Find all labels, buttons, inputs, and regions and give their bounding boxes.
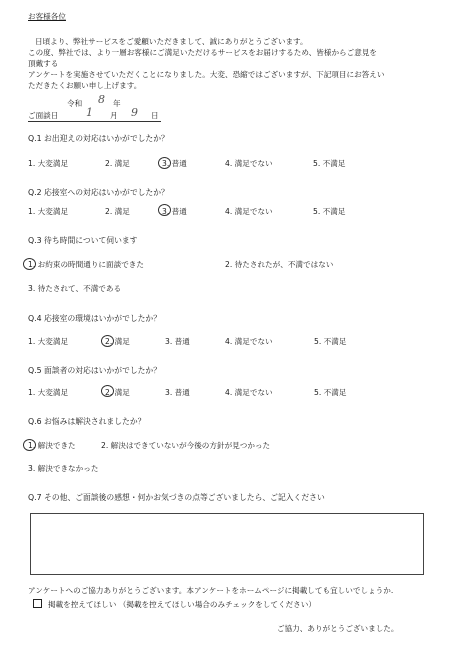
q2-option-5[interactable]: 5. 不満足 (313, 207, 345, 217)
q1-option-5[interactable]: 5. 不満足 (313, 159, 345, 169)
date-label: ご面談日 (28, 111, 58, 121)
q3-option-3[interactable]: 3. 待たされて、不満である (28, 284, 121, 294)
consent-text: アンケートへのご協力ありがとうございます。本アンケートをホームページに掲載しても… (28, 586, 393, 596)
no-publish-checkbox[interactable] (33, 599, 42, 608)
day-value[interactable]: 9 (131, 106, 138, 119)
month-value[interactable]: 1 (86, 106, 93, 119)
q2-option-4[interactable]: 4. 満足でない (225, 207, 273, 217)
q6-selection-circle (23, 439, 36, 451)
year-value[interactable]: 8 (98, 93, 105, 106)
q4-option-3[interactable]: 3. 普通 (165, 337, 190, 347)
q1-option-4[interactable]: 4. 満足でない (225, 159, 273, 169)
q4-selection-circle (101, 335, 114, 347)
q1-option-2[interactable]: 2. 満足 (105, 159, 130, 169)
intro-line-2: この度、弊社では、より一層お客様にご満足いただけるサービスをお届けするため、皆様… (28, 48, 377, 58)
q6-option-3[interactable]: 3. 解決できなかった (28, 464, 98, 474)
comments-box[interactable] (30, 513, 424, 575)
q5-option-1[interactable]: 1. 大変満足 (28, 388, 68, 398)
no-publish-checkbox-label: 掲載を控えてほしい （掲載を控えてほしい場合のみチェックをしてください） (48, 600, 316, 609)
question-4-label: Q.4 応接室の環境はいかがでしたか？ (28, 314, 161, 324)
intro-line-5: ただきたくお願い申し上げます。 (28, 81, 141, 91)
intro-line-4: アンケートを実施させていただくことになりました。大変、恐縮ではございますが、下記… (28, 70, 384, 80)
thanks-text: ご協力、ありがとうございました。 (277, 624, 399, 634)
year-label: 年 (113, 99, 121, 109)
q1-selection-circle (158, 157, 171, 169)
q3-option-2[interactable]: 2. 待たされたが、不満ではない (225, 260, 333, 270)
day-label: 日 (151, 111, 159, 121)
question-7-label: Q.7 その他、ご面談後の感想・何かお気づきの点等ございましたら、ご記入ください (28, 493, 325, 503)
q6-option-2[interactable]: 2. 解決はできていないが今後の方針が見つかった (101, 441, 270, 451)
q4-option-4[interactable]: 4. 満足でない (225, 337, 273, 347)
no-publish-checkbox-row[interactable]: 掲載を控えてほしい （掲載を控えてほしい場合のみチェックをしてください） (33, 599, 316, 610)
intro-line-3: 頂戴する (28, 59, 58, 69)
question-2-label: Q.2 応接室への対応はいかがでしたか？ (28, 188, 169, 198)
question-3-label: Q.3 待ち時間について伺います (28, 236, 137, 246)
q3-selection-circle (23, 258, 36, 270)
era-label: 令和 (67, 99, 82, 109)
question-6-label: Q.6 お悩みは解決されましたか？ (28, 417, 145, 427)
q1-option-1[interactable]: 1. 大変満足 (28, 159, 68, 169)
month-label: 月 (110, 111, 118, 121)
q2-option-1[interactable]: 1. 大変満足 (28, 207, 68, 217)
intro-line-1: 日頃より、弊社サービスをご愛顧いただきまして、誠にありがとうございます。 (35, 37, 308, 47)
q5-option-3[interactable]: 3. 普通 (165, 388, 190, 398)
question-1-label: Q.1 お出迎えの対応はいかがでしたか？ (28, 134, 169, 144)
q3-option-1[interactable]: 1. お約束の時間通りに面談できた (28, 260, 144, 270)
q2-selection-circle (158, 204, 171, 216)
q2-option-2[interactable]: 2. 満足 (105, 207, 130, 217)
q5-option-4[interactable]: 4. 満足でない (225, 388, 273, 398)
q4-option-5[interactable]: 5. 不満足 (314, 337, 346, 347)
question-5-label: Q.5 面談者の対応はいかがでしたか？ (28, 366, 161, 376)
q5-option-5[interactable]: 5. 不満足 (314, 388, 346, 398)
q5-selection-circle (101, 385, 114, 397)
date-underline (28, 121, 161, 122)
q4-option-1[interactable]: 1. 大変満足 (28, 337, 68, 347)
salutation: お客様各位 (28, 12, 66, 22)
